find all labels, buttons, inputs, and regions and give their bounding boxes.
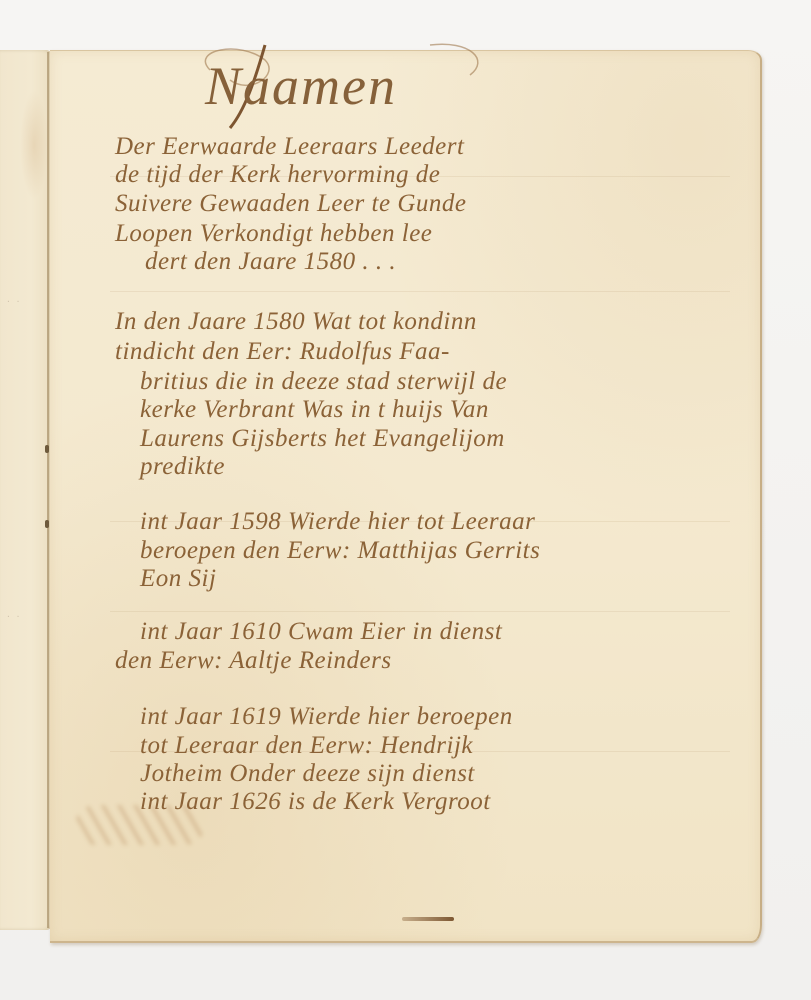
text-line: den Eerw: Aaltje Reinders (115, 647, 392, 675)
binding-stitch-icon (45, 520, 49, 528)
facing-page-left: . . . . (0, 50, 52, 930)
text-line: tindicht den Eer: Rudolfus Faa- (115, 338, 450, 366)
text-line: Suivere Gewaaden Leer te Gunde (115, 190, 466, 218)
text-line: de tijd der Kerk hervorming de (115, 161, 440, 189)
book-spine-gutter (47, 52, 49, 928)
text-line: kerke Verbrant Was in t huijs Van (140, 396, 489, 424)
text-line: dert den Jaare 1580 . . . (145, 248, 396, 276)
text-line: Jotheim Onder deeze sijn dienst (140, 760, 475, 788)
ink-stroke-mark (402, 917, 454, 921)
bleed-through-mark: . . (6, 295, 20, 304)
page-title: Naamen (205, 55, 397, 117)
text-line: britius die in deeze stad sterwijl de (140, 368, 507, 396)
faint-ruled-line (110, 291, 730, 292)
text-line: Der Eerwaarde Leeraars Leedert (115, 133, 464, 161)
text-line: predikte (140, 453, 225, 481)
bleed-through-mark: . . (6, 610, 20, 619)
text-line: int Jaar 1619 Wierde hier beroepen (140, 703, 513, 731)
text-line: int Jaar 1598 Wierde hier tot Leeraar (140, 508, 535, 536)
ink-smudge (75, 805, 205, 845)
text-line: Loopen Verkondigt hebben lee (115, 220, 432, 248)
text-line: In den Jaare 1580 Wat tot kondinn (115, 308, 477, 336)
binding-stitch-icon (45, 445, 49, 453)
faint-ruled-line (110, 611, 730, 612)
text-line: beroepen den Eerw: Matthijas Gerrits (140, 537, 540, 565)
text-line: Eon Sij (140, 565, 216, 593)
text-line: tot Leeraar den Eerw: Hendrijk (140, 732, 473, 760)
text-line: int Jaar 1610 Cwam Eier in dienst (140, 618, 502, 646)
text-line: Laurens Gijsberts het Evangelijom (140, 425, 505, 453)
paper-stain (20, 90, 48, 200)
